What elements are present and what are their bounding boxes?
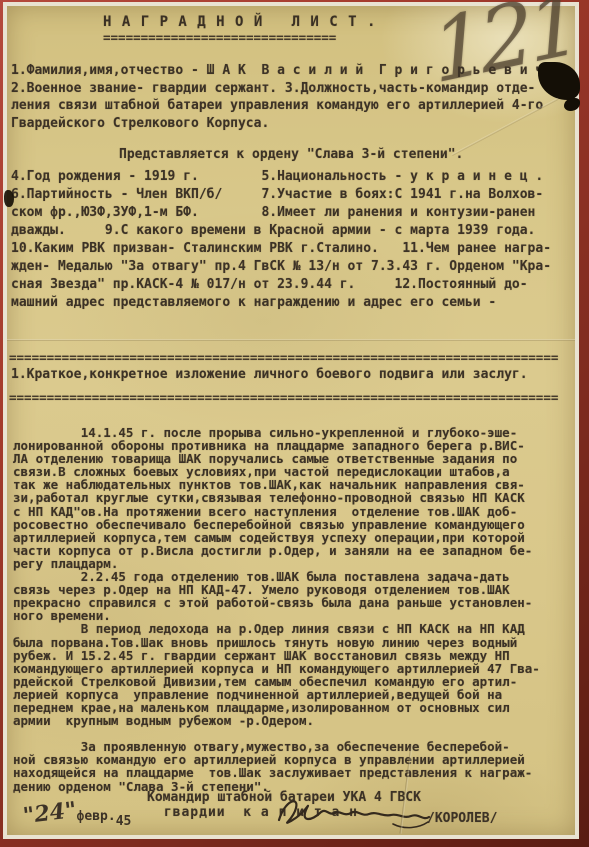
title-underline: =============================== (103, 30, 336, 45)
citation-block: 14.1.45 г. после прорыва сильно-укреплен… (13, 426, 540, 793)
details-block: 4.Год рождения - 1919 г. 5.Национальност… (11, 168, 551, 312)
date-month: февр. (77, 809, 116, 824)
section-rule-top: ========================================… (9, 350, 558, 365)
identity-block: 1.Фамилия,имя,отчество - Ш А К В а с и л… (11, 62, 543, 132)
horizontal-crease (7, 339, 575, 341)
paper-sheet: Н А Г Р А Д Н О Й Л И С Т . ============… (3, 2, 579, 839)
date-handwritten-day: "24" (22, 797, 78, 829)
document-title: Н А Г Р А Д Н О Й Л И С Т . (103, 14, 376, 30)
presented-line: Представляется к ордену "Слава 3-й степе… (119, 146, 463, 164)
signature-typed-name: /КОРОЛЕВ/ (427, 811, 497, 826)
award-sheet-page: Н А Г Р А Д Н О Й Л И С Т . ============… (0, 0, 589, 847)
ink-speck (4, 190, 14, 207)
date-block: "24"февр.45 (23, 800, 131, 826)
date-year: 45 (116, 814, 132, 829)
section-heading: 1.Краткое,конкретное изложение личного б… (11, 366, 528, 384)
signature-autograph (273, 790, 433, 836)
paper-tear-mark-small (564, 98, 580, 111)
section-rule-bottom: ========================================… (9, 390, 558, 405)
